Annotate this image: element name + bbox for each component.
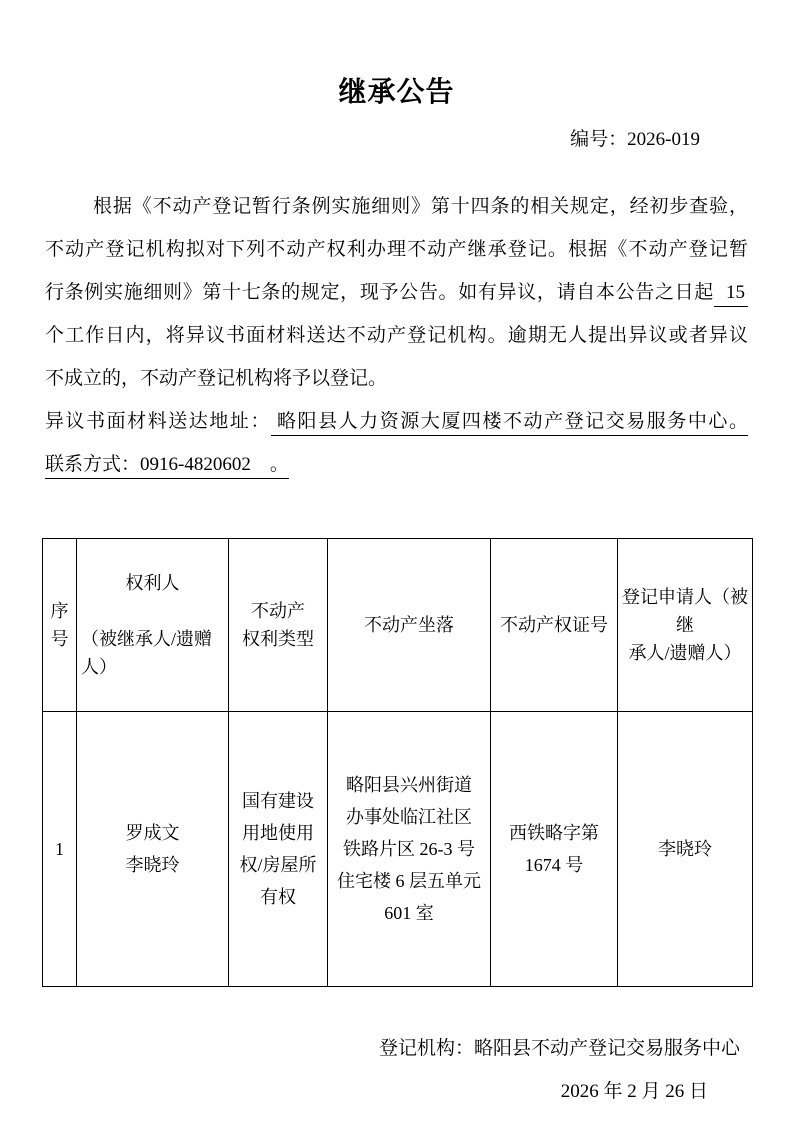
cell-right-type: 国有建设 用地使用 权/房屋所 有权	[229, 712, 328, 987]
footer-date: 2026 年 2 月 26 日	[45, 1070, 748, 1113]
header-cert-no: 不动产权证号	[491, 539, 618, 712]
body-line-3: 行条例实施细则》第十七条的规定，现予公告。如有异议，请自本公告之日起15	[45, 271, 748, 314]
body-line-1: 根据《不动产登记暂行条例实施细则》第十四条的相关规定，经初步查验，	[45, 185, 748, 228]
body-line-3-text: 行条例实施细则》第十七条的规定，现予公告。如有异议，请自本公告之日起	[45, 282, 714, 303]
inheritance-registration-table: 序 号 权利人 （被继承人/遗赠 人） 不动产 权利类型 不动产坐落 不动产权证…	[42, 538, 753, 987]
document-page: 继承公告 编号：2026-019 根据《不动产登记暂行条例实施细则》第十四条的相…	[0, 0, 793, 1122]
header-location: 不动产坐落	[328, 539, 491, 712]
cell-location: 略阳县兴州街道 办事处临江社区 铁路片区 26-3 号 住宅楼 6 层五单元 6…	[328, 712, 491, 987]
header-right-type: 不动产 权利类型	[229, 539, 328, 712]
cell-cert-no: 西铁略字第 1674 号	[491, 712, 618, 987]
doc-number: 编号：2026-019	[45, 125, 748, 155]
footer-registration-org: 登记机构：略阳县不动产登记交易服务中心	[45, 1027, 748, 1070]
body-line-4: 个工作日内，将异议书面材料送达不动产登记机构。逾期无人提出异议或者异议	[45, 314, 748, 357]
address-line: 异议书面材料送达地址：略阳县人力资源大厦四楼不动产登记交易服务中心。	[45, 400, 748, 443]
body-line-2: 不动产登记机构拟对下列不动产权利办理不动产继承登记。根据《不动产登记暂	[45, 228, 748, 271]
header-applicant: 登记申请人（被继 承人/遗赠人）	[618, 539, 753, 712]
table-row: 1 罗成文 李晓玲 国有建设 用地使用 权/房屋所 有权 略阳县兴州街道 办事处…	[43, 712, 753, 987]
cell-serial: 1	[43, 712, 77, 987]
header-holder: 权利人 （被继承人/遗赠 人）	[77, 539, 229, 712]
objection-days-value: 15	[714, 282, 748, 307]
header-serial: 序 号	[43, 539, 77, 712]
table-header-row: 序 号 权利人 （被继承人/遗赠 人） 不动产 权利类型 不动产坐落 不动产权证…	[43, 539, 753, 712]
address-value: 略阳县人力资源大厦四楼不动产登记交易服务中心。	[271, 411, 748, 436]
cell-holder: 罗成文 李晓玲	[77, 712, 229, 987]
header-holder-sub: （被继承人/遗赠 人）	[79, 625, 226, 681]
page-title: 继承公告	[45, 0, 748, 111]
address-label: 异议书面材料送达地址：	[45, 411, 271, 432]
header-holder-title: 权利人	[79, 569, 226, 597]
cell-applicant: 李晓玲	[618, 712, 753, 987]
body-line-5: 不成立的，不动产登记机构将予以登记。	[45, 357, 748, 400]
contact-value: 联系方式：0916-4820602 。	[45, 454, 289, 479]
footer: 登记机构：略阳县不动产登记交易服务中心 2026 年 2 月 26 日	[45, 1027, 748, 1113]
notice-paragraph: 根据《不动产登记暂行条例实施细则》第十四条的相关规定，经初步查验， 不动产登记机…	[45, 185, 748, 486]
contact-line: 联系方式：0916-4820602 。	[45, 443, 748, 486]
